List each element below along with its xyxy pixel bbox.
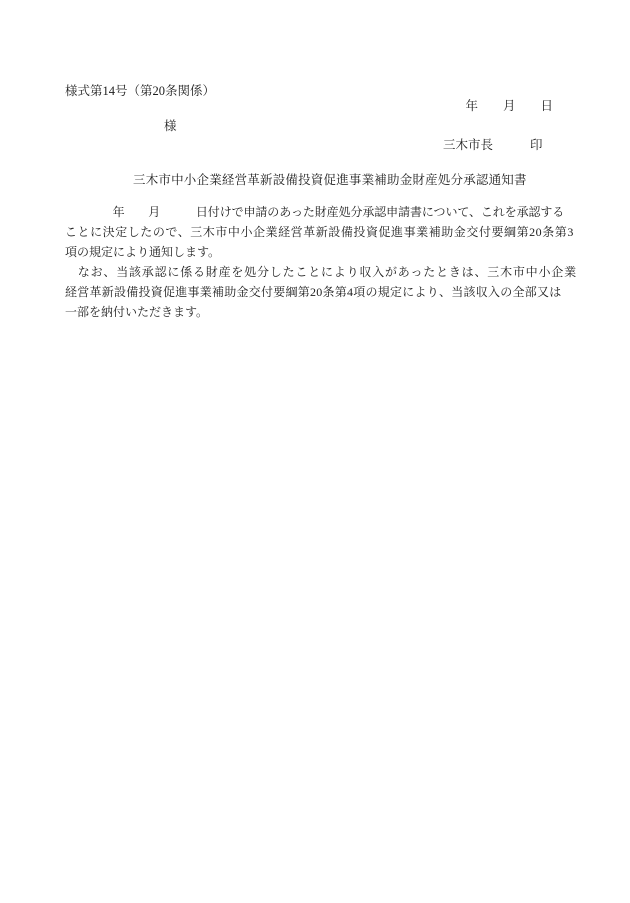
addressee-suffix: 様 <box>164 119 177 133</box>
form-number: 様式第14号（第20条関係） <box>65 84 215 98</box>
body-line: 項の規定により通知します。 <box>65 242 567 262</box>
issuer-seal-mark: 印 <box>530 138 543 152</box>
issuer-name: 三木市長 <box>443 138 493 152</box>
body-line: 経営革新設備投資促進事業補助金交付要綱第20条第4項の規定により、当該収入の全部… <box>65 282 567 302</box>
document-title: 三木市中小企業経営革新設備投資促進事業補助金財産処分承認通知書 <box>133 173 527 187</box>
body-text: 年 月 日付けで申請のあった財産処分承認申請書について、これを承認する ことに決… <box>65 202 567 322</box>
body-line: ことに決定したので、三木市中小企業経営革新設備投資促進事業補助金交付要綱第20条… <box>65 222 567 242</box>
body-line: 一部を納付いただきます。 <box>65 302 567 322</box>
issuer-line: 三木市長 印 <box>443 138 543 152</box>
body-line: 年 月 日付けで申請のあった財産処分承認申請書について、これを承認する <box>65 202 567 222</box>
issue-date-blank: 年 月 日 <box>465 99 553 113</box>
document-page: 様式第14号（第20条関係） 年 月 日 様 三木市長 印 三木市中小企業経営革… <box>0 0 630 903</box>
body-line: なお、当該承認に係る財産を処分したことにより収入があったときは、三木市中小企業 <box>65 262 567 282</box>
